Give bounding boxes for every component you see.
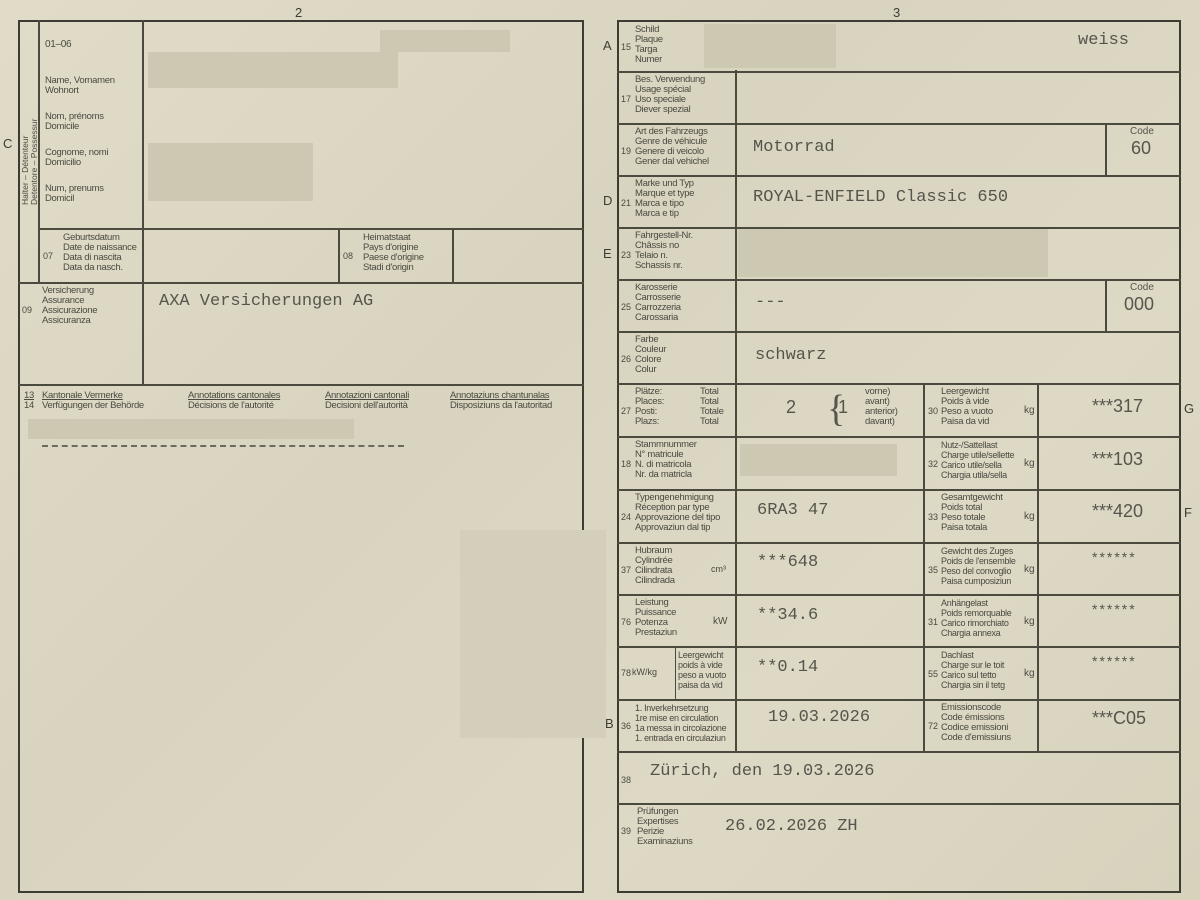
train-weight-label: Gewicht des Zuges Poids de l'ensemble Pe… bbox=[941, 546, 1016, 586]
roof-load-number: 55 bbox=[928, 669, 938, 679]
make-model-label: Marke und Typ Marque et type Marca e tip… bbox=[635, 179, 694, 219]
divider bbox=[1105, 279, 1107, 331]
inspections-value: 26.02.2026 ZH bbox=[725, 817, 858, 836]
plate-label-rm: Numer bbox=[635, 55, 663, 65]
special-use-label-rm: Diever spezial bbox=[635, 105, 705, 115]
empty-weight-number: 30 bbox=[928, 406, 938, 416]
seats-total-rm: Total bbox=[700, 417, 724, 427]
color-label-rm: Colur bbox=[635, 365, 666, 375]
divider bbox=[18, 384, 584, 386]
first-registration-label: 1. Inverkehrsetzung 1re mise en circulat… bbox=[635, 703, 726, 743]
side-letter-a: A bbox=[603, 38, 612, 53]
empty-weight-value: ***317 bbox=[1092, 396, 1143, 417]
roof-load-value: ****** bbox=[1092, 653, 1137, 669]
inspections-number: 39 bbox=[621, 826, 631, 836]
vehicle-type-label-rm: Gener dal vehichel bbox=[635, 157, 709, 167]
divider bbox=[142, 20, 144, 385]
displacement-value: ***648 bbox=[757, 553, 818, 572]
roof-load-label-it: Carico sul tetto bbox=[941, 670, 1005, 680]
trailer-load-label-de: Anhängelast bbox=[941, 598, 1011, 608]
roof-load-label: Dachlast Charge sur le toit Carico sul t… bbox=[941, 650, 1005, 690]
side-letter-f: F bbox=[1184, 505, 1192, 520]
color-number: 26 bbox=[621, 354, 631, 364]
divider bbox=[617, 542, 1181, 544]
annotation-header-it: Annotazioni cantonali Decisioni dell'aut… bbox=[325, 391, 409, 411]
divider bbox=[617, 646, 1181, 648]
birthdate-label: Geburtsdatum Date de naissance Data di n… bbox=[63, 233, 137, 273]
annotation-header-de: Kantonale Vermerke Verfügungen der Behör… bbox=[42, 391, 144, 411]
empty-weight-unit: kg bbox=[1024, 405, 1035, 416]
trailer-load-label-fr: Poids remorquable bbox=[941, 608, 1011, 618]
seats-front-value: 1 bbox=[838, 397, 848, 418]
place-date-value: Zürich, den 19.03.2026 bbox=[650, 762, 874, 781]
divider bbox=[1105, 123, 1107, 175]
side-letter-e: E bbox=[603, 246, 612, 261]
divider bbox=[617, 594, 1181, 596]
power-weight-label-it: peso a vuoto bbox=[678, 670, 726, 680]
payload-label-it: Carico utile/sella bbox=[941, 460, 1014, 470]
vehicle-type-code-label: Code bbox=[1130, 126, 1154, 137]
plate-value: weiss bbox=[1078, 31, 1129, 50]
seats-total-label: Total Total Totale Total bbox=[700, 387, 724, 427]
chassis-label-rm: Schassis nr. bbox=[635, 261, 693, 271]
power-number: 76 bbox=[621, 617, 631, 627]
first-registration-value: 19.03.2026 bbox=[768, 708, 870, 727]
power-weight-label-rm: paisa da vid bbox=[678, 680, 726, 690]
holder-redaction bbox=[148, 52, 398, 88]
trailer-load-number: 31 bbox=[928, 617, 938, 627]
body-label: Karosserie Carrosserie Carrozzeria Caros… bbox=[635, 283, 681, 323]
divider bbox=[923, 383, 925, 753]
insurance-label-rm: Assicuranza bbox=[42, 316, 97, 326]
displacement-unit: cm³ bbox=[711, 564, 726, 574]
payload-label-de: Nutz-/Sattellast bbox=[941, 440, 1014, 450]
total-weight-label: Gesamtgewicht Poids total Peso totale Pa… bbox=[941, 493, 1003, 533]
side-letter-b: B bbox=[605, 716, 614, 731]
first-registration-label-rm: 1. entrada en circulaziun bbox=[635, 733, 726, 743]
divider bbox=[617, 699, 1181, 701]
train-weight-label-de: Gewicht des Zuges bbox=[941, 546, 1016, 556]
payload-label: Nutz-/Sattellast Charge utile/sellette C… bbox=[941, 440, 1014, 480]
origin-number: 08 bbox=[343, 251, 353, 261]
trailer-load-value: ****** bbox=[1092, 601, 1137, 617]
seats-total-value: 2 bbox=[786, 397, 796, 418]
total-weight-label-rm: Paisa totala bbox=[941, 523, 1003, 533]
total-weight-value: ***420 bbox=[1092, 501, 1143, 522]
holder-redaction bbox=[380, 30, 510, 52]
origin-label: Heimatstaat Pays d'origine Paese d'origi… bbox=[363, 233, 424, 273]
vehicle-type-code: 60 bbox=[1131, 138, 1151, 159]
insurance-label: Versicherung Assurance Assicurazione Ass… bbox=[42, 286, 97, 326]
train-weight-value: ****** bbox=[1092, 549, 1137, 565]
divider bbox=[617, 71, 1181, 73]
plate-label: Schild Plaque Targa Numer bbox=[635, 25, 663, 65]
make-model-number: 21 bbox=[621, 198, 631, 208]
color-value: schwarz bbox=[755, 346, 826, 365]
chassis-redaction bbox=[738, 229, 1048, 277]
first-registration-label-fr: 1re mise en circulation bbox=[635, 713, 726, 723]
first-registration-label-de: 1. Inverkehrsetzung bbox=[635, 703, 726, 713]
roof-load-unit: kg bbox=[1024, 668, 1035, 679]
seats-front-label: vorne) avant) anterior) davant) bbox=[865, 387, 898, 427]
emission-code-label-rm: Code d'emissiuns bbox=[941, 733, 1011, 743]
train-weight-label-fr: Poids de l'ensemble bbox=[941, 556, 1016, 566]
train-weight-number: 35 bbox=[928, 565, 938, 575]
displacement-label-rm: Cilindrada bbox=[635, 576, 675, 586]
empty-weight-label: Leergewicht Poids à vide Peso a vuoto Pa… bbox=[941, 387, 993, 427]
vehicle-type-value: Motorrad bbox=[753, 138, 835, 157]
power-label-rm: Prestaziun bbox=[635, 628, 677, 638]
type-approval-label: Typengenehmigung Réception par type Appr… bbox=[635, 493, 720, 533]
empty-weight-label-rm: Paisa da vid bbox=[941, 417, 993, 427]
emission-code-value: ***C05 bbox=[1092, 708, 1146, 729]
train-weight-label-it: Peso del convoglio bbox=[941, 566, 1016, 576]
divider bbox=[735, 70, 737, 753]
birthdate-label-rm: Data da nasch. bbox=[63, 263, 137, 273]
matriculation-number: 18 bbox=[621, 459, 631, 469]
power-weight-value: **0.14 bbox=[757, 658, 818, 677]
trailer-load-label-rm: Chargia annexa bbox=[941, 628, 1011, 638]
annotation-header-fr-line2: Décisions de l'autorité bbox=[188, 401, 280, 411]
annotation-header-rm: Annotaziuns chantunalas Disposiziuns da … bbox=[450, 391, 552, 411]
vehicle-type-label: Art des Fahrzeugs Genre de véhicule Gene… bbox=[635, 127, 709, 167]
birthdate-number: 07 bbox=[43, 251, 53, 261]
make-model-value: ROYAL-ENFIELD Classic 650 bbox=[753, 188, 1008, 207]
matriculation-redaction bbox=[740, 444, 897, 476]
body-number: 25 bbox=[621, 302, 631, 312]
payload-unit: kg bbox=[1024, 458, 1035, 469]
center-redaction bbox=[460, 530, 606, 738]
annotations-numbers: 13 14 bbox=[24, 391, 34, 411]
power-weight-label-fr: poids à vide bbox=[678, 660, 726, 670]
power-unit: kW bbox=[713, 616, 727, 627]
annotation-header-fr: Annotations cantonales Décisions de l'au… bbox=[188, 391, 280, 411]
body-value: --- bbox=[755, 293, 786, 312]
holder-label-fr: Nom, prénoms Domicile bbox=[45, 112, 104, 132]
vehicle-type-number: 19 bbox=[621, 146, 631, 156]
first-registration-number: 36 bbox=[621, 721, 631, 731]
displacement-number: 37 bbox=[621, 565, 631, 575]
power-weight-number: 78 bbox=[621, 668, 631, 678]
divider bbox=[617, 331, 1181, 333]
chassis-number: 23 bbox=[621, 250, 631, 260]
seats-label: Plätze: Places: Posti: Plazs: bbox=[635, 387, 664, 427]
divider bbox=[617, 279, 1181, 281]
divider bbox=[675, 646, 676, 700]
divider bbox=[617, 175, 1181, 177]
body-code-label: Code bbox=[1130, 282, 1154, 293]
payload-label-fr: Charge utile/sellette bbox=[941, 450, 1014, 460]
power-value: **34.6 bbox=[757, 606, 818, 625]
annotation-header-rm-line2: Disposiziuns da l'autoritad bbox=[450, 401, 552, 411]
train-weight-unit: kg bbox=[1024, 564, 1035, 575]
divider bbox=[617, 751, 1181, 753]
total-weight-unit: kg bbox=[1024, 511, 1035, 522]
special-use-number: 17 bbox=[621, 94, 631, 104]
side-letter-d: D bbox=[603, 193, 612, 208]
divider bbox=[1037, 383, 1039, 753]
holder-vertical-label-2: Detentore – Possessur bbox=[30, 119, 39, 205]
type-approval-number: 24 bbox=[621, 512, 631, 522]
seats-number: 27 bbox=[621, 406, 631, 416]
special-use-label: Bes. Verwendung Usage spécial Uso specia… bbox=[635, 75, 705, 115]
roof-load-label-fr: Charge sur le toit bbox=[941, 660, 1005, 670]
divider bbox=[617, 436, 1181, 438]
inspections-label: Prüfungen Expertises Perizie Examinaziun… bbox=[637, 807, 693, 847]
seats-label-rm: Plazs: bbox=[635, 417, 664, 427]
plate-number: 15 bbox=[621, 42, 631, 52]
inspections-label-rm: Examinaziuns bbox=[637, 837, 693, 847]
power-label: Leistung Puissance Potenza Prestaziun bbox=[635, 598, 677, 638]
annotation-number-14: 14 bbox=[24, 401, 34, 411]
holder-label-it: Cognome, nomi Domicilio bbox=[45, 148, 108, 168]
roof-load-label-rm: Chargia sin il tetg bbox=[941, 680, 1005, 690]
matriculation-label: Stammnummer N° matricule N. di matricola… bbox=[635, 440, 697, 480]
type-approval-value: 6RA3 47 bbox=[757, 501, 828, 520]
annotation-header-it-line2: Decisioni dell'autorità bbox=[325, 401, 409, 411]
body-label-rm: Carossaria bbox=[635, 313, 681, 323]
make-model-label-rm: Marca e tip bbox=[635, 209, 694, 219]
displacement-label: Hubraum Cylindrée Cilindrata Cilindrada bbox=[635, 546, 675, 586]
type-approval-label-rm: Approvaziun dal tip bbox=[635, 523, 720, 533]
plate-redaction bbox=[704, 24, 836, 68]
power-weight-label-de: Leergewicht bbox=[678, 650, 726, 660]
holder-redaction bbox=[148, 143, 313, 201]
total-weight-number: 33 bbox=[928, 512, 938, 522]
power-weight-unit: kW/kg bbox=[632, 667, 657, 677]
payload-number: 32 bbox=[928, 459, 938, 469]
payload-label-rm: Chargia utila/sella bbox=[941, 470, 1014, 480]
divider bbox=[617, 489, 1181, 491]
trailer-load-label-it: Carico rimorchiato bbox=[941, 618, 1011, 628]
annotation-dashed-line bbox=[42, 445, 404, 447]
divider bbox=[617, 123, 1181, 125]
holder-field-range: 01–06 bbox=[45, 40, 71, 50]
train-weight-label-rm: Paisa cumposiziun bbox=[941, 576, 1016, 586]
body-code: 000 bbox=[1124, 294, 1154, 315]
divider bbox=[617, 383, 1181, 385]
emission-code-number: 72 bbox=[928, 721, 938, 731]
divider bbox=[452, 228, 454, 283]
trailer-load-unit: kg bbox=[1024, 616, 1035, 627]
divider bbox=[18, 282, 584, 284]
divider bbox=[617, 803, 1181, 805]
insurance-value: AXA Versicherungen AG bbox=[159, 292, 373, 311]
annotation-redaction bbox=[28, 419, 354, 439]
matriculation-label-rm: Nr. da matricla bbox=[635, 470, 697, 480]
side-letter-c: C bbox=[3, 136, 12, 151]
page-number-left: 2 bbox=[295, 5, 302, 20]
power-weight-label: Leergewicht poids à vide peso a vuoto pa… bbox=[678, 650, 726, 690]
holder-label-rm: Num, prenums Domicil bbox=[45, 184, 104, 204]
insurance-number: 09 bbox=[22, 305, 32, 315]
divider bbox=[338, 228, 340, 283]
chassis-label: Fahrgestell-Nr. Châssis no Telaio n. Sch… bbox=[635, 231, 693, 271]
seats-front-rm: davant) bbox=[865, 417, 898, 427]
trailer-load-label: Anhängelast Poids remorquable Carico rim… bbox=[941, 598, 1011, 638]
annotation-header-de-line2: Verfügungen der Behörde bbox=[42, 401, 144, 411]
payload-value: ***103 bbox=[1092, 449, 1143, 470]
emission-code-label: Emissionscode Code émissions Codice emis… bbox=[941, 703, 1011, 743]
place-date-number: 38 bbox=[621, 775, 631, 785]
side-letter-g: G bbox=[1184, 401, 1194, 416]
origin-label-rm: Stadi d'origin bbox=[363, 263, 424, 273]
divider bbox=[38, 228, 584, 230]
holder-label-de: Name, Vornamen Wohnort bbox=[45, 76, 115, 96]
roof-load-label-de: Dachlast bbox=[941, 650, 1005, 660]
color-label: Farbe Couleur Colore Colur bbox=[635, 335, 666, 375]
page-number-right: 3 bbox=[893, 5, 900, 20]
first-registration-label-it: 1a messa in circolazione bbox=[635, 723, 726, 733]
